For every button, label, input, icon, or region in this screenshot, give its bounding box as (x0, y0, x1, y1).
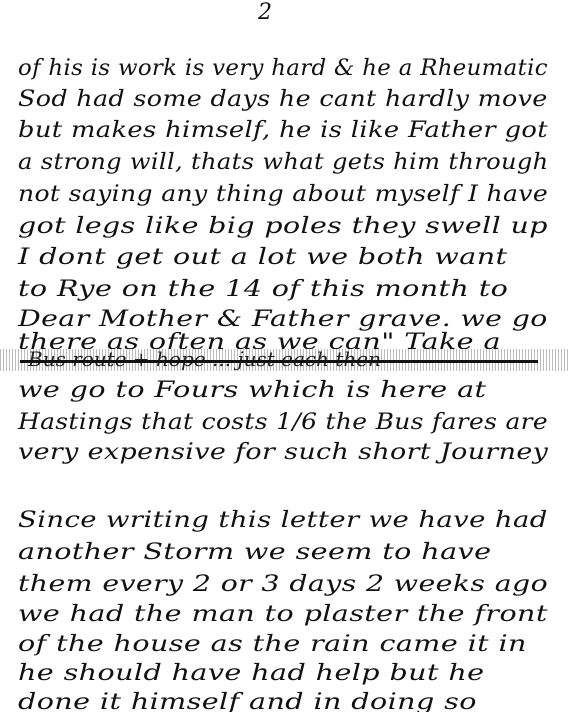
text-line: he should have had help but he (18, 661, 484, 686)
text-line: of his is work is very hard & he a Rheum… (18, 56, 548, 81)
text-line: got legs like big poles they swell up (18, 214, 548, 239)
text-line: I dont get out a lot we both want (18, 245, 507, 270)
text-line: of the house as the rain came it in (18, 632, 527, 657)
text-line: them every 2 or 3 days 2 weeks ago (18, 572, 548, 597)
text-line: Since writing this letter we have had (18, 508, 548, 533)
text-line: Dear Mother & Father grave. we go (18, 307, 548, 332)
text-line: we go to Fours which is here at (18, 378, 486, 403)
text-line: Sod had some days he cant hardly move (18, 87, 548, 112)
text-line: another Storm we seem to have (18, 540, 491, 565)
text-line: to Rye on the 14 of this month to (18, 277, 508, 302)
text-line: but makes himself, he is like Father got (18, 118, 548, 143)
text-line: very expensive for such short Journey (18, 440, 548, 465)
struck-text: Bus route + hope ... just each then (28, 347, 381, 371)
letter-page: 2 of his is work is very hard & he a Rhe… (0, 0, 568, 712)
text-line: Hastings that costs 1/6 the Bus fares ar… (18, 410, 548, 435)
text-line: done it himself and in doing so (18, 690, 477, 712)
page-number: 2 (258, 0, 272, 25)
struck-through-line: Bus route + hope ... just each then (0, 349, 568, 371)
text-line: not saying any thing about myself I have (18, 182, 548, 207)
strike-bar (20, 360, 538, 363)
text-line: we had the man to plaster the front (18, 602, 548, 627)
text-line: a strong will, thats what gets him throu… (18, 150, 548, 175)
